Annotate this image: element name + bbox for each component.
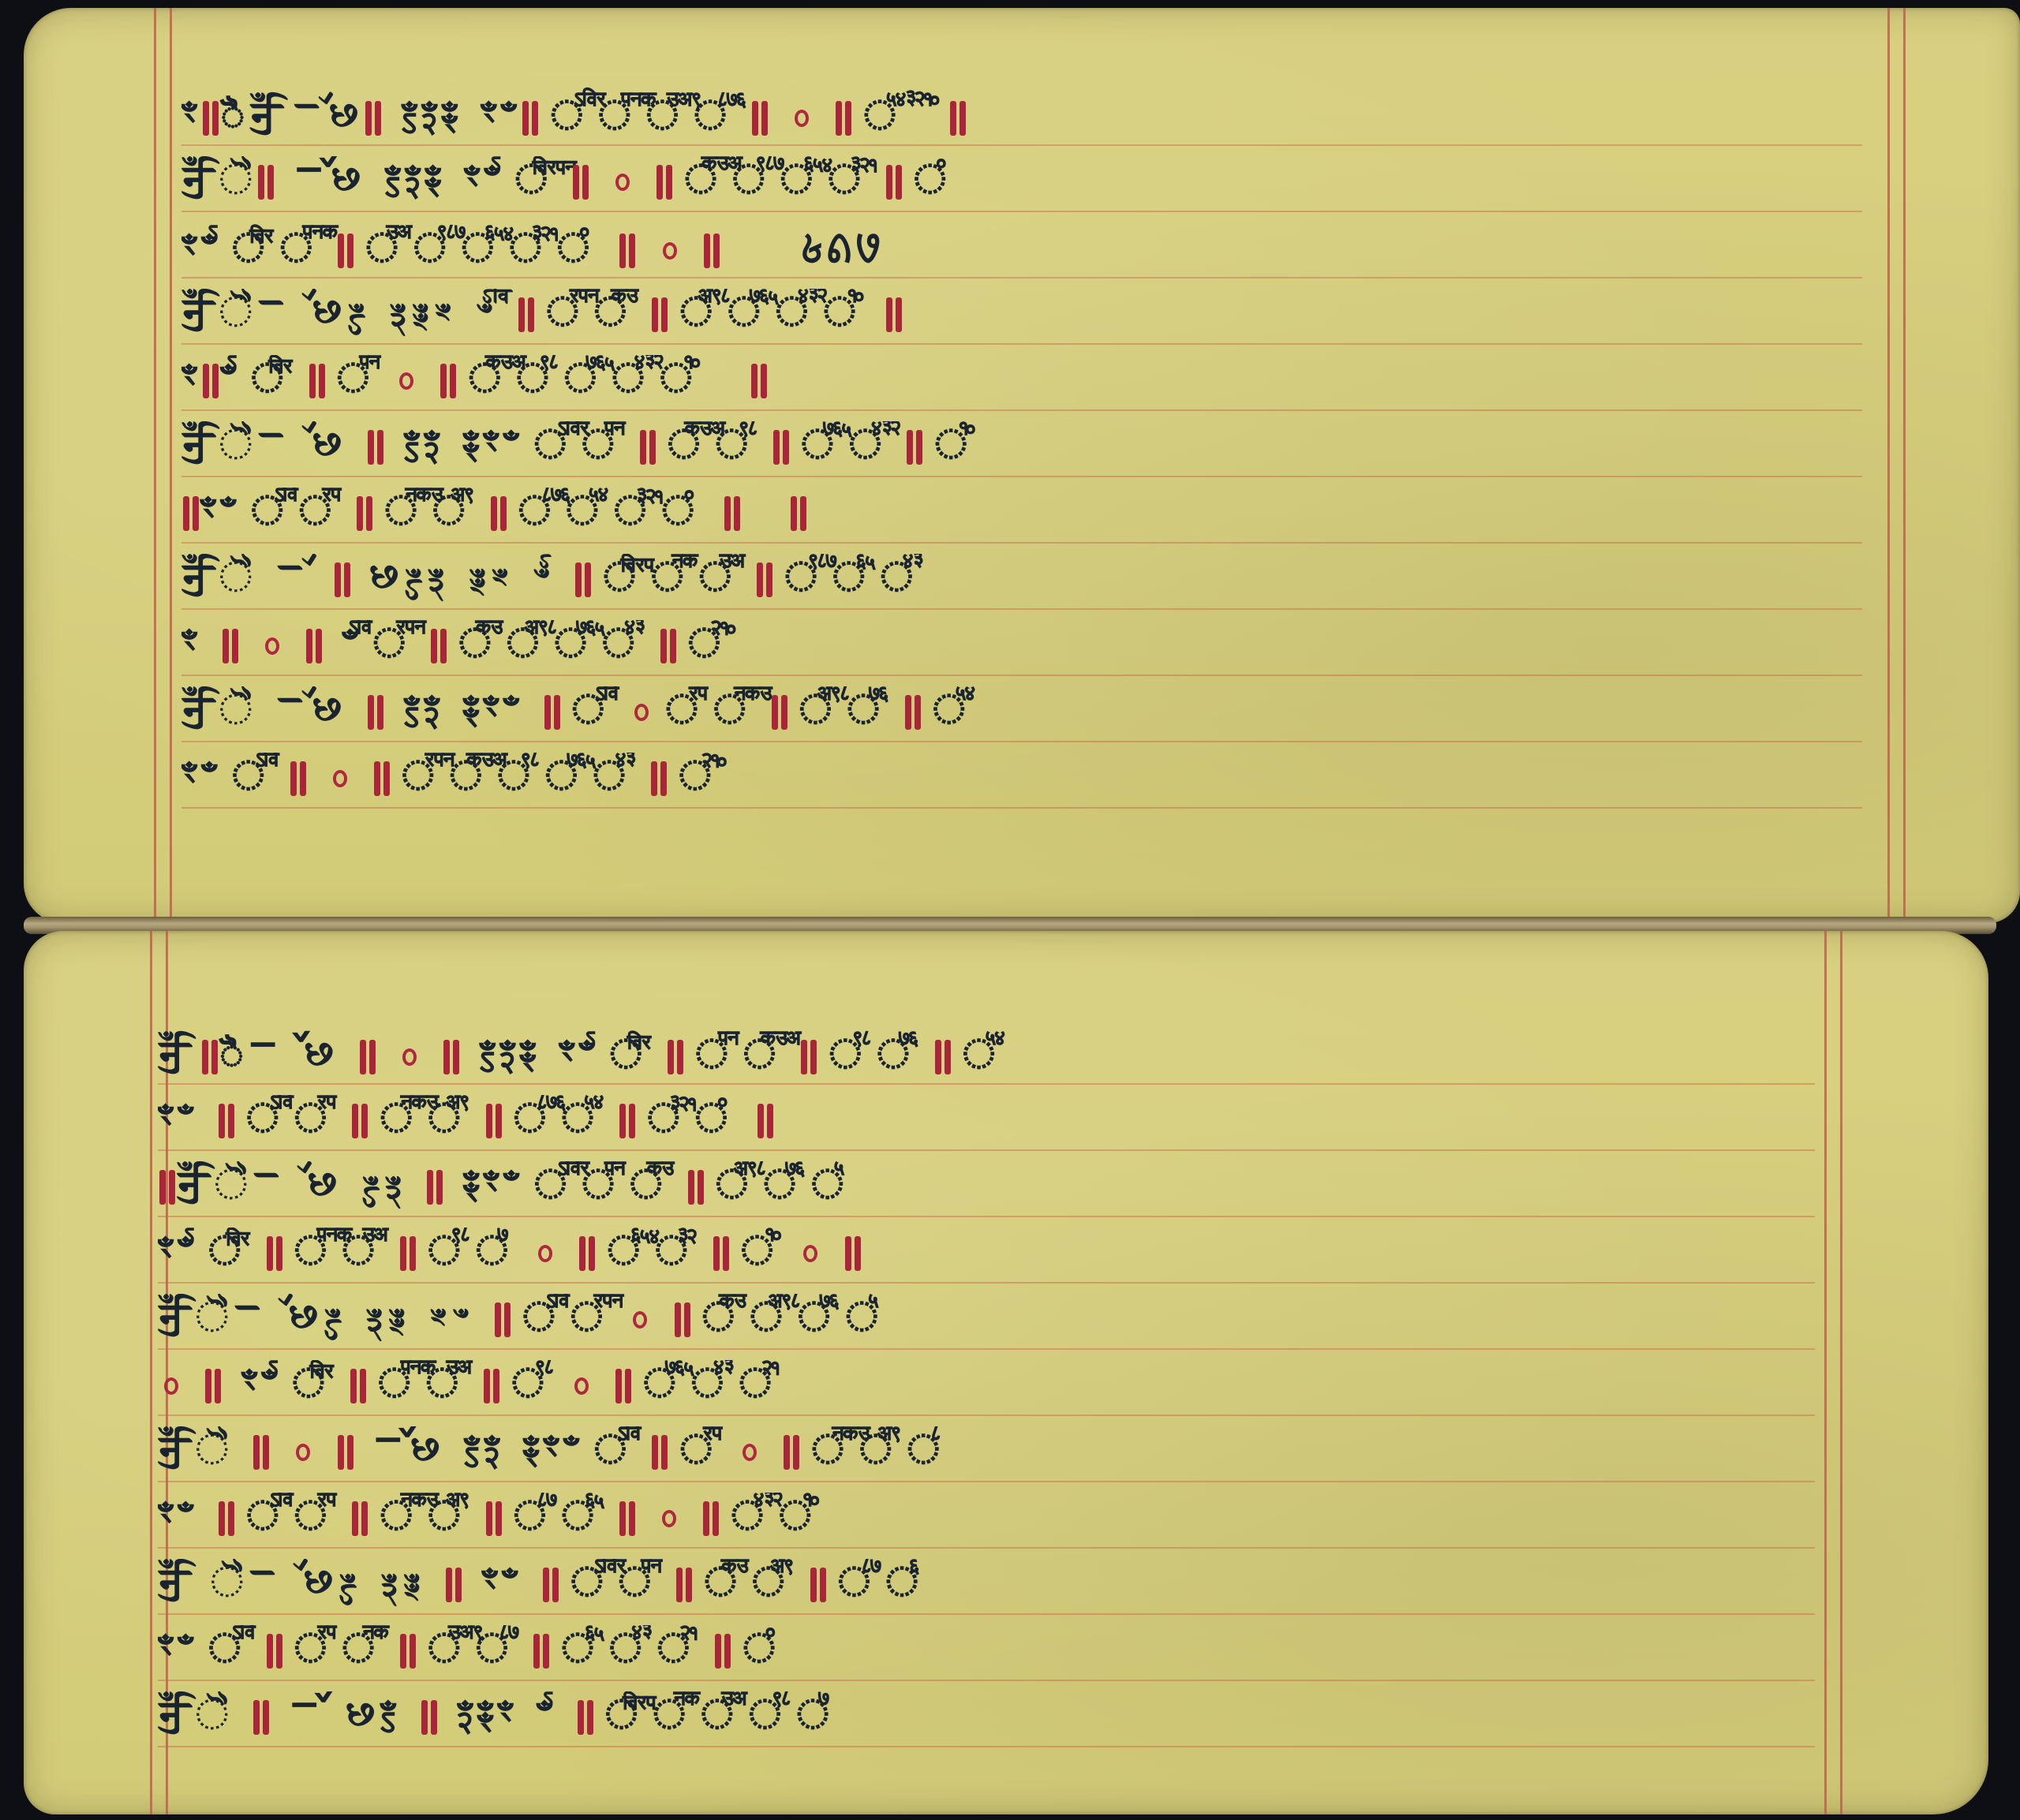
line-text: ꣳꣲ ꣱꣰ ꣯꣮ ꣭꣬꣫ ꣪꣩ ꣨꣧꣦ ꣥꣤ ꣣꣢꣡ ꣠꣟ ꣞꣝ (158, 1095, 1815, 1143)
double-danda-mark (276, 1236, 282, 1271)
text-block-top: ꣳꣿꣽꣻ꣺꣸ ꣷꣵꣴ ꣳꣲ ꣱꣰꣯ ꣮꣭꣬ ꣫꣪꣩ ꣨꣧꣦ ꣥꣤꣣꣢꣡꣠ ꣟꣞ … (181, 83, 1862, 812)
double-danda-mark (500, 496, 507, 531)
double-danda-mark (677, 1040, 683, 1074)
double-danda-mark (205, 1369, 211, 1403)
double-danda-mark (374, 761, 380, 796)
double-danda-mark (377, 430, 383, 465)
double-danda-mark (300, 761, 306, 796)
double-danda-mark (484, 1369, 490, 1403)
double-danda-mark (619, 1104, 626, 1138)
left-margin-rule-inner (170, 8, 172, 923)
double-danda-mark (491, 496, 497, 531)
red-ring-mark (574, 1377, 589, 1395)
double-danda-mark (253, 1435, 260, 1470)
double-danda-mark (698, 1170, 704, 1205)
double-danda-mark (845, 101, 851, 136)
line-text: ꣽꣿ ꣻ꣺꣸ ꣷꣵ ꣴꣳꣲ ꣱꣰ ꣯꣮ ꣭꣬꣫ ꣪꣩ ꣨ (158, 1426, 1815, 1474)
double-danda-mark (686, 1568, 692, 1602)
double-danda-mark (431, 629, 437, 663)
double-danda-mark (169, 1170, 175, 1205)
double-danda-mark (263, 1700, 269, 1735)
double-danda-mark (276, 1634, 282, 1669)
double-danda-mark (375, 101, 381, 136)
double-danda-mark (724, 496, 731, 531)
double-danda-mark (652, 1435, 658, 1470)
double-danda-mark (543, 1568, 549, 1602)
line-text: ꣳꣲ꣱ ꣰꣯ ꣮꣭ ꣬꣫꣪ ꣩꣨ ꣧꣦꣥ ꣤꣣꣢ ꣡꣠꣟ ꣞꣝ ꣜꣛ (181, 355, 1862, 403)
double-danda-mark (440, 629, 447, 663)
double-danda-mark (267, 165, 274, 200)
double-danda-mark (431, 1700, 437, 1735)
folio-top: ꣳꣿꣽꣻ꣺꣸ ꣷꣵꣴ ꣳꣲ ꣱꣰꣯ ꣮꣭꣬ ꣫꣪꣩ ꣨꣧꣦ ꣥꣤꣣꣢꣡꣠ ꣟꣞ … (24, 8, 2020, 923)
double-danda-mark (959, 101, 966, 136)
double-danda-mark (212, 364, 219, 398)
double-danda-mark (896, 165, 902, 200)
double-danda-mark (350, 1369, 357, 1403)
line-text: ꣽꣿꣻ ꣺꣸ꣷ ꣵꣴꣳ ꣲ꣱꣰ ꣯꣮꣭ ꣬꣫ ꣪꣩꣨ ꣧꣦꣥ ꣤꣣꣢ ꣡꣠꣟ ꣞ (181, 289, 1862, 337)
double-danda-mark (228, 1104, 234, 1138)
double-danda-mark (652, 297, 658, 332)
manuscript-line: ꣳꣲ ꣱꣰ ꣯꣮ ꣭꣬ ꣫꣪꣩ ꣨꣧ ꣦꣥ ꣤꣣ ꣢꣡ ꣠꣟ (158, 1618, 1815, 1681)
double-danda-mark (544, 695, 551, 730)
double-danda-mark (757, 1104, 764, 1138)
red-ring-mark (663, 242, 677, 260)
double-danda-mark (582, 165, 589, 200)
line-text: ꣽꣿꣻ ꣺꣸ꣷ ꣵꣴ ꣳꣲ ꣱꣰ ꣯꣮꣭ ꣬꣫ ꣪꣩꣨ ꣧꣦ ꣥ (158, 1294, 1815, 1342)
double-danda-mark (267, 1634, 273, 1669)
manuscript-line: ꣳꣲ꣱ ꣰꣯ ꣮꣭꣬ ꣫꣪ ꣩꣨ ꣧꣦꣥ ꣤꣣ ꣢꣡ (158, 1353, 1815, 1416)
line-text: ꣳꣲ ꣱꣰ ꣯꣮ ꣭꣬꣫ ꣪꣩ ꣨꣧꣦ ꣥꣤ ꣣꣢꣡ ꣠꣟ ꣞꣝ ꣜ (181, 488, 1862, 536)
right-margin-rule-inner (1824, 931, 1827, 1814)
red-ring-mark (633, 1311, 647, 1329)
double-danda-mark (410, 1236, 416, 1271)
double-danda-mark (410, 1634, 416, 1669)
double-danda-mark (212, 101, 219, 136)
double-danda-mark (522, 101, 529, 136)
double-danda-mark (366, 496, 372, 531)
double-danda-mark (579, 1236, 585, 1271)
double-danda-mark (267, 1236, 273, 1271)
manuscript-line: ꣳꣿꣽꣻ꣺꣸ ꣷꣵꣴ ꣳꣲ ꣱꣰꣯ ꣮꣭꣬ ꣫꣪꣩ ꣨꣧꣦ ꣥꣤꣣꣢꣡꣠ ꣟꣞ … (181, 83, 1862, 146)
double-danda-mark (368, 695, 374, 730)
double-danda-mark (357, 496, 363, 531)
double-danda-mark (907, 430, 913, 465)
double-danda-mark (675, 1302, 681, 1337)
double-danda-mark (533, 1634, 540, 1669)
double-danda-mark (660, 629, 667, 663)
double-danda-mark (688, 1170, 694, 1205)
double-danda-mark (578, 1700, 584, 1735)
double-danda-mark (589, 1236, 595, 1271)
line-text: ꣽꣿ ꣻ꣺ ꣸ꣷꣵ ꣴꣳ ꣲ꣱ ꣰꣯꣮ ꣭꣬ ꣫꣪ ꣩꣨꣧ ꣦꣥ ꣤꣣ (181, 554, 1862, 602)
double-danda-mark (783, 430, 789, 465)
double-danda-mark (810, 1568, 817, 1602)
double-danda-mark (496, 1501, 502, 1536)
double-danda-mark (713, 1501, 719, 1536)
double-danda-mark (486, 1104, 492, 1138)
double-danda-mark (670, 629, 676, 663)
double-danda-mark (400, 1236, 406, 1271)
right-margin-rule-outer (1840, 931, 1842, 1814)
double-danda-mark (436, 1170, 443, 1205)
double-danda-mark (309, 364, 316, 398)
double-danda-mark (316, 629, 322, 663)
double-danda-mark (159, 1170, 166, 1205)
double-danda-mark (202, 1040, 208, 1074)
double-danda-mark (219, 1104, 225, 1138)
double-danda-mark (306, 629, 312, 663)
double-danda-mark (661, 1435, 668, 1470)
double-danda-mark (290, 761, 297, 796)
double-danda-mark (619, 234, 626, 268)
manuscript-line: ꣽꣿꣻ ꣺꣸ ꣷꣵꣴ ꣳꣲ꣱ ꣰꣯ ꣮꣭ ꣬꣫꣪ ꣩꣨ ꣧꣦ ꣥꣤ (158, 1022, 1815, 1085)
line-text: ꣽꣿꣻ ꣺꣸ ꣷꣵ ꣴꣳꣲ ꣱꣰꣯ ꣮꣭ ꣬꣫꣪ ꣩꣨ ꣧꣦꣥ ꣤꣣꣢ ꣡꣠ (181, 421, 1862, 469)
double-danda-mark (183, 496, 189, 531)
double-danda-mark (766, 562, 772, 597)
double-danda-mark (495, 1302, 501, 1337)
double-danda-mark (263, 1435, 269, 1470)
double-danda-mark (228, 1501, 234, 1536)
double-danda-mark (820, 1568, 826, 1602)
manuscript-line: ꣽꣿ ꣻ꣺ ꣸ꣷꣵ ꣴꣳ ꣲ꣱ ꣰꣯꣮ ꣭꣬ ꣫꣪ ꣩꣨꣧ ꣦꣥ ꣤꣣ (181, 547, 1862, 610)
double-danda-mark (629, 1501, 635, 1536)
double-danda-mark (518, 297, 525, 332)
double-danda-mark (446, 1568, 452, 1602)
manuscript-line: ꣳꣲ ꣱꣰ ꣯꣮ ꣭꣬꣫ ꣪꣩ ꣨꣧ ꣦꣥ ꣤꣣꣢ ꣡꣠ (158, 1486, 1815, 1549)
double-danda-mark (496, 1104, 502, 1138)
double-danda-mark (383, 761, 390, 796)
double-danda-mark (427, 1170, 433, 1205)
double-danda-mark (666, 165, 672, 200)
manuscript-line: ꣽꣿꣻ ꣺꣸ ꣷꣵ ꣴꣳꣲ ꣱꣰꣯ ꣮꣭ ꣬꣫꣪ ꣩꣨ ꣧꣦꣥ ꣤꣣꣢ ꣡꣠ (181, 414, 1862, 477)
double-danda-mark (443, 1040, 450, 1074)
red-ring-mark (634, 704, 649, 721)
line-text: ꣳ ꣲ꣱꣰ ꣯꣮꣭ ꣬꣫ ꣪꣩꣨ ꣧꣦꣥ ꣤꣣ ꣢꣡꣠ ꣟꣞ (181, 620, 1862, 668)
double-danda-mark (450, 364, 456, 398)
double-danda-mark (945, 1040, 951, 1074)
double-danda-mark (193, 496, 199, 531)
red-ring-mark (333, 770, 347, 787)
double-danda-mark (761, 101, 768, 136)
double-danda-mark (453, 1040, 459, 1074)
double-danda-mark (629, 1104, 635, 1138)
double-danda-mark (715, 1634, 721, 1669)
double-danda-mark (253, 1700, 260, 1735)
folio-bottom: ꣽꣿꣻ ꣺꣸ ꣷꣵꣴ ꣳꣲ꣱ ꣰꣯ ꣮꣭ ꣬꣫꣪ ꣩꣨ ꣧꣦ ꣥꣤ ꣳꣲ ꣱꣰ … (24, 931, 1988, 1814)
double-danda-mark (661, 297, 668, 332)
red-ring-mark (662, 1510, 676, 1527)
manuscript-line: ꣳꣲ ꣱꣰ ꣯꣮ ꣭꣬꣫ ꣪꣩ ꣨꣧꣦ ꣥꣤ ꣣꣢꣡ ꣠꣟ ꣞꣝ ꣜ (181, 480, 1862, 544)
double-danda-mark (421, 1700, 428, 1735)
manuscript-line: ꣳ ꣲ꣱꣰ ꣯꣮꣭ ꣬꣫ ꣪꣩꣨ ꣧꣦꣥ ꣤꣣ ꣢꣡꣠ ꣟꣞ (181, 613, 1862, 676)
double-danda-mark (338, 1435, 344, 1470)
double-danda-mark (772, 695, 778, 730)
double-danda-mark (344, 562, 350, 597)
manuscript-photo: ꣳꣿꣽꣻ꣺꣸ ꣷꣵꣴ ꣳꣲ ꣱꣰꣯ ꣮꣭꣬ ꣫꣪꣩ ꣨꣧꣦ ꣥꣤꣣꣢꣡꣠ ꣟꣞ … (0, 0, 2020, 1820)
line-text: ꣳꣲ ꣱꣰ ꣯꣮ ꣭꣬ ꣫꣪꣩ ꣨꣧ ꣦꣥ ꣤꣣ ꣢꣡ ꣠꣟ (158, 1625, 1815, 1673)
double-danda-mark (896, 297, 902, 332)
manuscript-line: ꣳꣲ꣱ ꣰꣯ ꣮꣭꣬ ꣫꣪ ꣩꣨ ꣧ ꣦꣥꣤ ꣣꣢ ꣡꣠ ꣟꣞ (158, 1220, 1815, 1284)
double-danda-mark (629, 234, 635, 268)
double-danda-mark (752, 101, 758, 136)
double-danda-mark (258, 165, 264, 200)
line-text: ꣳꣲ ꣱꣰ ꣯꣮ ꣭꣬꣫ ꣪꣩ ꣨꣧ ꣦꣥ ꣤꣣꣢ ꣡꣠ (158, 1493, 1815, 1541)
double-danda-mark (684, 1302, 690, 1337)
double-danda-mark (369, 1040, 376, 1074)
double-danda-mark (751, 364, 757, 398)
double-danda-mark (552, 1568, 559, 1602)
double-danda-mark (532, 101, 538, 136)
red-ring-mark (615, 174, 630, 191)
text-block-bottom: ꣽꣿꣻ ꣺꣸ ꣷꣵꣴ ꣳꣲ꣱ ꣰꣯ ꣮꣭ ꣬꣫꣪ ꣩꣨ ꣧꣦ ꣥꣤ ꣳꣲ ꣱꣰ … (158, 1022, 1815, 1751)
manuscript-line: ꣳꣲ ꣱꣰ ꣯꣮ ꣭꣬꣫ ꣪꣩ ꣨꣧꣦ ꣥꣤ ꣣꣢꣡ ꣠꣟ ꣞꣝ (158, 1088, 1815, 1151)
left-margin-rule-outer (154, 8, 156, 923)
double-danda-mark (713, 234, 720, 268)
double-danda-mark (493, 1369, 499, 1403)
double-danda-mark (640, 430, 646, 465)
manuscript-line: ꣽꣿ ꣻ꣺꣸ ꣷꣵ ꣴꣳꣲ ꣱꣰ ꣯꣮ ꣭꣬꣫ ꣪꣩꣨ ꣧꣦ ꣥꣤ (181, 679, 1862, 742)
double-danda-mark (368, 430, 374, 465)
double-danda-mark (486, 1501, 492, 1536)
double-danda-mark (319, 364, 325, 398)
double-danda-mark (781, 695, 787, 730)
double-danda-mark (504, 1302, 511, 1337)
double-danda-mark (575, 562, 582, 597)
double-danda-mark (855, 1236, 861, 1271)
double-danda-mark (724, 1634, 731, 1669)
double-danda-mark (784, 1435, 790, 1470)
double-danda-mark (440, 364, 447, 398)
double-danda-mark (886, 297, 892, 332)
double-danda-mark (704, 234, 710, 268)
double-danda-mark (360, 1040, 366, 1074)
red-ring-mark (399, 372, 413, 390)
double-danda-mark (656, 165, 663, 200)
double-danda-mark (651, 761, 657, 796)
double-danda-mark (723, 1236, 729, 1271)
red-ring-mark (265, 637, 279, 655)
double-danda-mark (219, 1501, 225, 1536)
line-text: ꣽ ꣿꣻ ꣺꣸ꣷ ꣵꣴ ꣳꣲ ꣱꣰꣯ ꣮꣭ ꣬꣫ ꣪꣩ ꣨꣧ ꣦ (158, 1559, 1815, 1607)
manuscript-line: ꣽꣿꣻ ꣺꣸ ꣷꣵ ꣴꣳꣲ ꣱꣰꣯ ꣮꣭ ꣬꣫ ꣪꣩꣨ ꣧꣦ ꣥ (158, 1154, 1815, 1217)
double-danda-mark (232, 629, 238, 663)
double-danda-mark (335, 562, 341, 597)
double-danda-mark (361, 1501, 368, 1536)
double-danda-mark (203, 364, 209, 398)
double-danda-mark (211, 1040, 218, 1074)
double-danda-mark (935, 1040, 941, 1074)
manuscript-line: ꣽꣿꣻ ꣺꣸ꣷ ꣵꣴꣳ ꣲ꣱꣰ ꣯꣮꣭ ꣬꣫ ꣪꣩꣨ ꣧꣦꣥ ꣤꣣꣢ ꣡꣠꣟ ꣞ (181, 282, 1862, 345)
double-danda-mark (905, 695, 911, 730)
manuscript-line: ꣳꣲ ꣱꣰ ꣯꣮꣭ ꣬꣫꣪ ꣩꣨ ꣧꣦꣥ ꣤꣣ ꣢꣡꣠ ꣟ (181, 746, 1862, 809)
double-danda-mark (916, 430, 922, 465)
double-danda-mark (845, 1236, 851, 1271)
red-ring-mark (402, 1048, 417, 1066)
double-danda-mark (361, 1104, 368, 1138)
double-danda-mark (338, 234, 344, 268)
double-danda-mark (734, 496, 740, 531)
double-danda-mark (886, 165, 892, 200)
line-text: ꣽꣿꣻ ꣺꣸ ꣷꣵꣴ ꣳꣲ꣱ ꣰꣯ ꣮꣭ ꣬꣫꣪ ꣩꣨ ꣧꣦ ꣥꣤ (158, 1025, 1815, 1081)
red-ring-mark (164, 1377, 178, 1395)
double-danda-mark (615, 1369, 622, 1403)
double-danda-mark (801, 1040, 807, 1074)
double-danda-mark (773, 430, 780, 465)
double-danda-mark (800, 496, 806, 531)
double-danda-mark (915, 695, 921, 730)
right-margin-rule-outer (1903, 8, 1906, 923)
double-danda-mark (625, 1369, 631, 1403)
double-danda-mark (543, 1634, 549, 1669)
line-text: ꣽꣿ ꣻ꣺ ꣸ꣷ ꣵꣴꣳ ꣲ꣱ ꣰꣯꣮ ꣭꣬ ꣫꣪ ꣩꣨ ꣧ (158, 1691, 1815, 1740)
left-margin-rule-outer (150, 931, 152, 1814)
double-danda-mark (668, 1040, 674, 1074)
line-text: ꣽꣿꣻ ꣺꣸ ꣷꣵ ꣴꣳꣲ ꣱꣰꣯ ꣮꣭ ꣬꣫ ꣪꣩꣨ ꣧꣦ ꣥ (158, 1161, 1815, 1209)
double-danda-mark (757, 562, 763, 597)
red-ring-mark (743, 1444, 757, 1461)
double-danda-mark (793, 1435, 799, 1470)
double-danda-mark (347, 234, 353, 268)
double-danda-mark (455, 1568, 462, 1602)
double-danda-mark (649, 430, 656, 465)
double-danda-mark (585, 562, 591, 597)
manuscript-line: ꣽꣿꣻ ꣺꣸ꣷ ꣵꣴ ꣳꣲ ꣱꣰ ꣯꣮꣭ ꣬꣫ ꣪꣩꣨ ꣧꣦ ꣥ (158, 1287, 1815, 1350)
double-danda-mark (573, 165, 579, 200)
double-danda-mark (713, 1236, 720, 1271)
manuscript-line: ꣳꣲ꣱ ꣰꣯ ꣮꣭ ꣬꣫꣪ ꣩꣨ ꣧꣦꣥ ꣤꣣꣢ ꣡꣠꣟ ꣞꣝ ꣜꣛ (181, 348, 1862, 411)
double-danda-mark (950, 101, 956, 136)
line-text: ꣳꣿꣽꣻ꣺꣸ ꣷꣵꣴ ꣳꣲ ꣱꣰꣯ ꣮꣭꣬ ꣫꣪꣩ ꣨꣧꣦ ꣥꣤꣣꣢꣡꣠ ꣟꣞ … (181, 86, 1862, 142)
double-danda-mark (347, 1435, 353, 1470)
manuscript-line: ꣽꣿ ꣻ꣺꣸ ꣷꣵꣴ ꣳꣲ꣱ ꣰꣯꣮꣭ ꣬꣫꣪ ꣩꣨꣧ ꣦꣥꣤ ꣣꣢꣡ ꣠꣟꣞ … (181, 149, 1862, 212)
double-danda-mark (223, 629, 229, 663)
red-ring-mark (296, 1444, 310, 1461)
manuscript-line: ꣽ ꣿꣻ ꣺꣸ꣷ ꣵꣴ ꣳꣲ ꣱꣰꣯ ꣮꣭ ꣬꣫ ꣪꣩ ꣨꣧ ꣦ (158, 1552, 1815, 1615)
double-danda-mark (365, 101, 372, 136)
double-danda-mark (619, 1501, 626, 1536)
red-ring-mark (803, 1245, 817, 1262)
line-text: ꣳꣲ ꣱꣰ ꣯꣮꣭ ꣬꣫꣪ ꣩꣨ ꣧꣦꣥ ꣤꣣ ꣢꣡꣠ ꣟ (181, 753, 1862, 801)
red-ring-mark (795, 110, 809, 127)
line-text: ꣳꣲ꣱ ꣰꣯ ꣮꣭꣬ ꣫꣪ ꣩꣨ ꣧ ꣦꣥꣤ ꣣꣢ ꣡꣠ ꣟꣞ (158, 1228, 1815, 1276)
double-danda-mark (554, 695, 560, 730)
double-danda-mark (761, 364, 767, 398)
double-danda-mark (703, 1501, 709, 1536)
manuscript-line: ꣽꣿ ꣻ꣺꣸ ꣷꣵ ꣴꣳꣲ ꣱꣰ ꣯꣮ ꣭꣬꣫ ꣪꣩ ꣨ (158, 1419, 1815, 1482)
double-danda-mark (767, 1104, 773, 1138)
double-danda-mark (377, 695, 383, 730)
double-danda-mark (791, 496, 797, 531)
double-danda-mark (660, 761, 667, 796)
line-text: ꣳꣲ꣱ ꣰꣯ ꣮꣭꣬ ꣫꣪ ꣩꣨ ꣧꣦꣥ ꣤꣣ ꣢꣡ (158, 1360, 1815, 1408)
right-margin-rule-inner (1887, 8, 1890, 923)
line-text: ꣽꣿ ꣻ꣺꣸ ꣷꣵ ꣴꣳꣲ ꣱꣰ ꣯꣮ ꣭꣬꣫ ꣪꣩꣨ ꣧꣦ ꣥꣤ (181, 686, 1862, 734)
double-danda-mark (676, 1568, 683, 1602)
double-danda-mark (810, 1040, 817, 1074)
manuscript-line: ꣽꣿ ꣻ꣺ ꣸ꣷ ꣵꣴꣳ ꣲ꣱ ꣰꣯꣮ ꣭꣬ ꣫꣪ ꣩꣨ ꣧ (158, 1684, 1815, 1747)
red-ring-mark (538, 1245, 552, 1262)
double-danda-mark (587, 1700, 593, 1735)
double-danda-mark (836, 101, 842, 136)
line-text: ꣳꣲ꣱ ꣰꣯ ꣮꣭꣬ ꣫꣪ ꣩꣨꣧ ꣦꣥꣤ ꣣꣢꣡ ꣠꣟ ꣞꣝꣜ ꣛꣚ ꣙꣘꣗ (181, 219, 1862, 275)
double-danda-mark (360, 1369, 366, 1403)
double-danda-mark (352, 1501, 358, 1536)
double-danda-mark (203, 101, 209, 136)
double-danda-mark (352, 1104, 358, 1138)
double-danda-mark (400, 1634, 406, 1669)
double-danda-mark (528, 297, 534, 332)
double-danda-mark (215, 1369, 221, 1403)
line-text: ꣽꣿ ꣻ꣺꣸ ꣷꣵꣴ ꣳꣲ꣱ ꣰꣯꣮꣭ ꣬꣫꣪ ꣩꣨꣧ ꣦꣥꣤ ꣣꣢꣡ ꣠꣟꣞ … (181, 156, 1862, 204)
manuscript-line: ꣳꣲ꣱ ꣰꣯ ꣮꣭꣬ ꣫꣪ ꣩꣨꣧ ꣦꣥꣤ ꣣꣢꣡ ꣠꣟ ꣞꣝꣜ ꣛꣚ ꣙꣘꣗ (181, 215, 1862, 278)
